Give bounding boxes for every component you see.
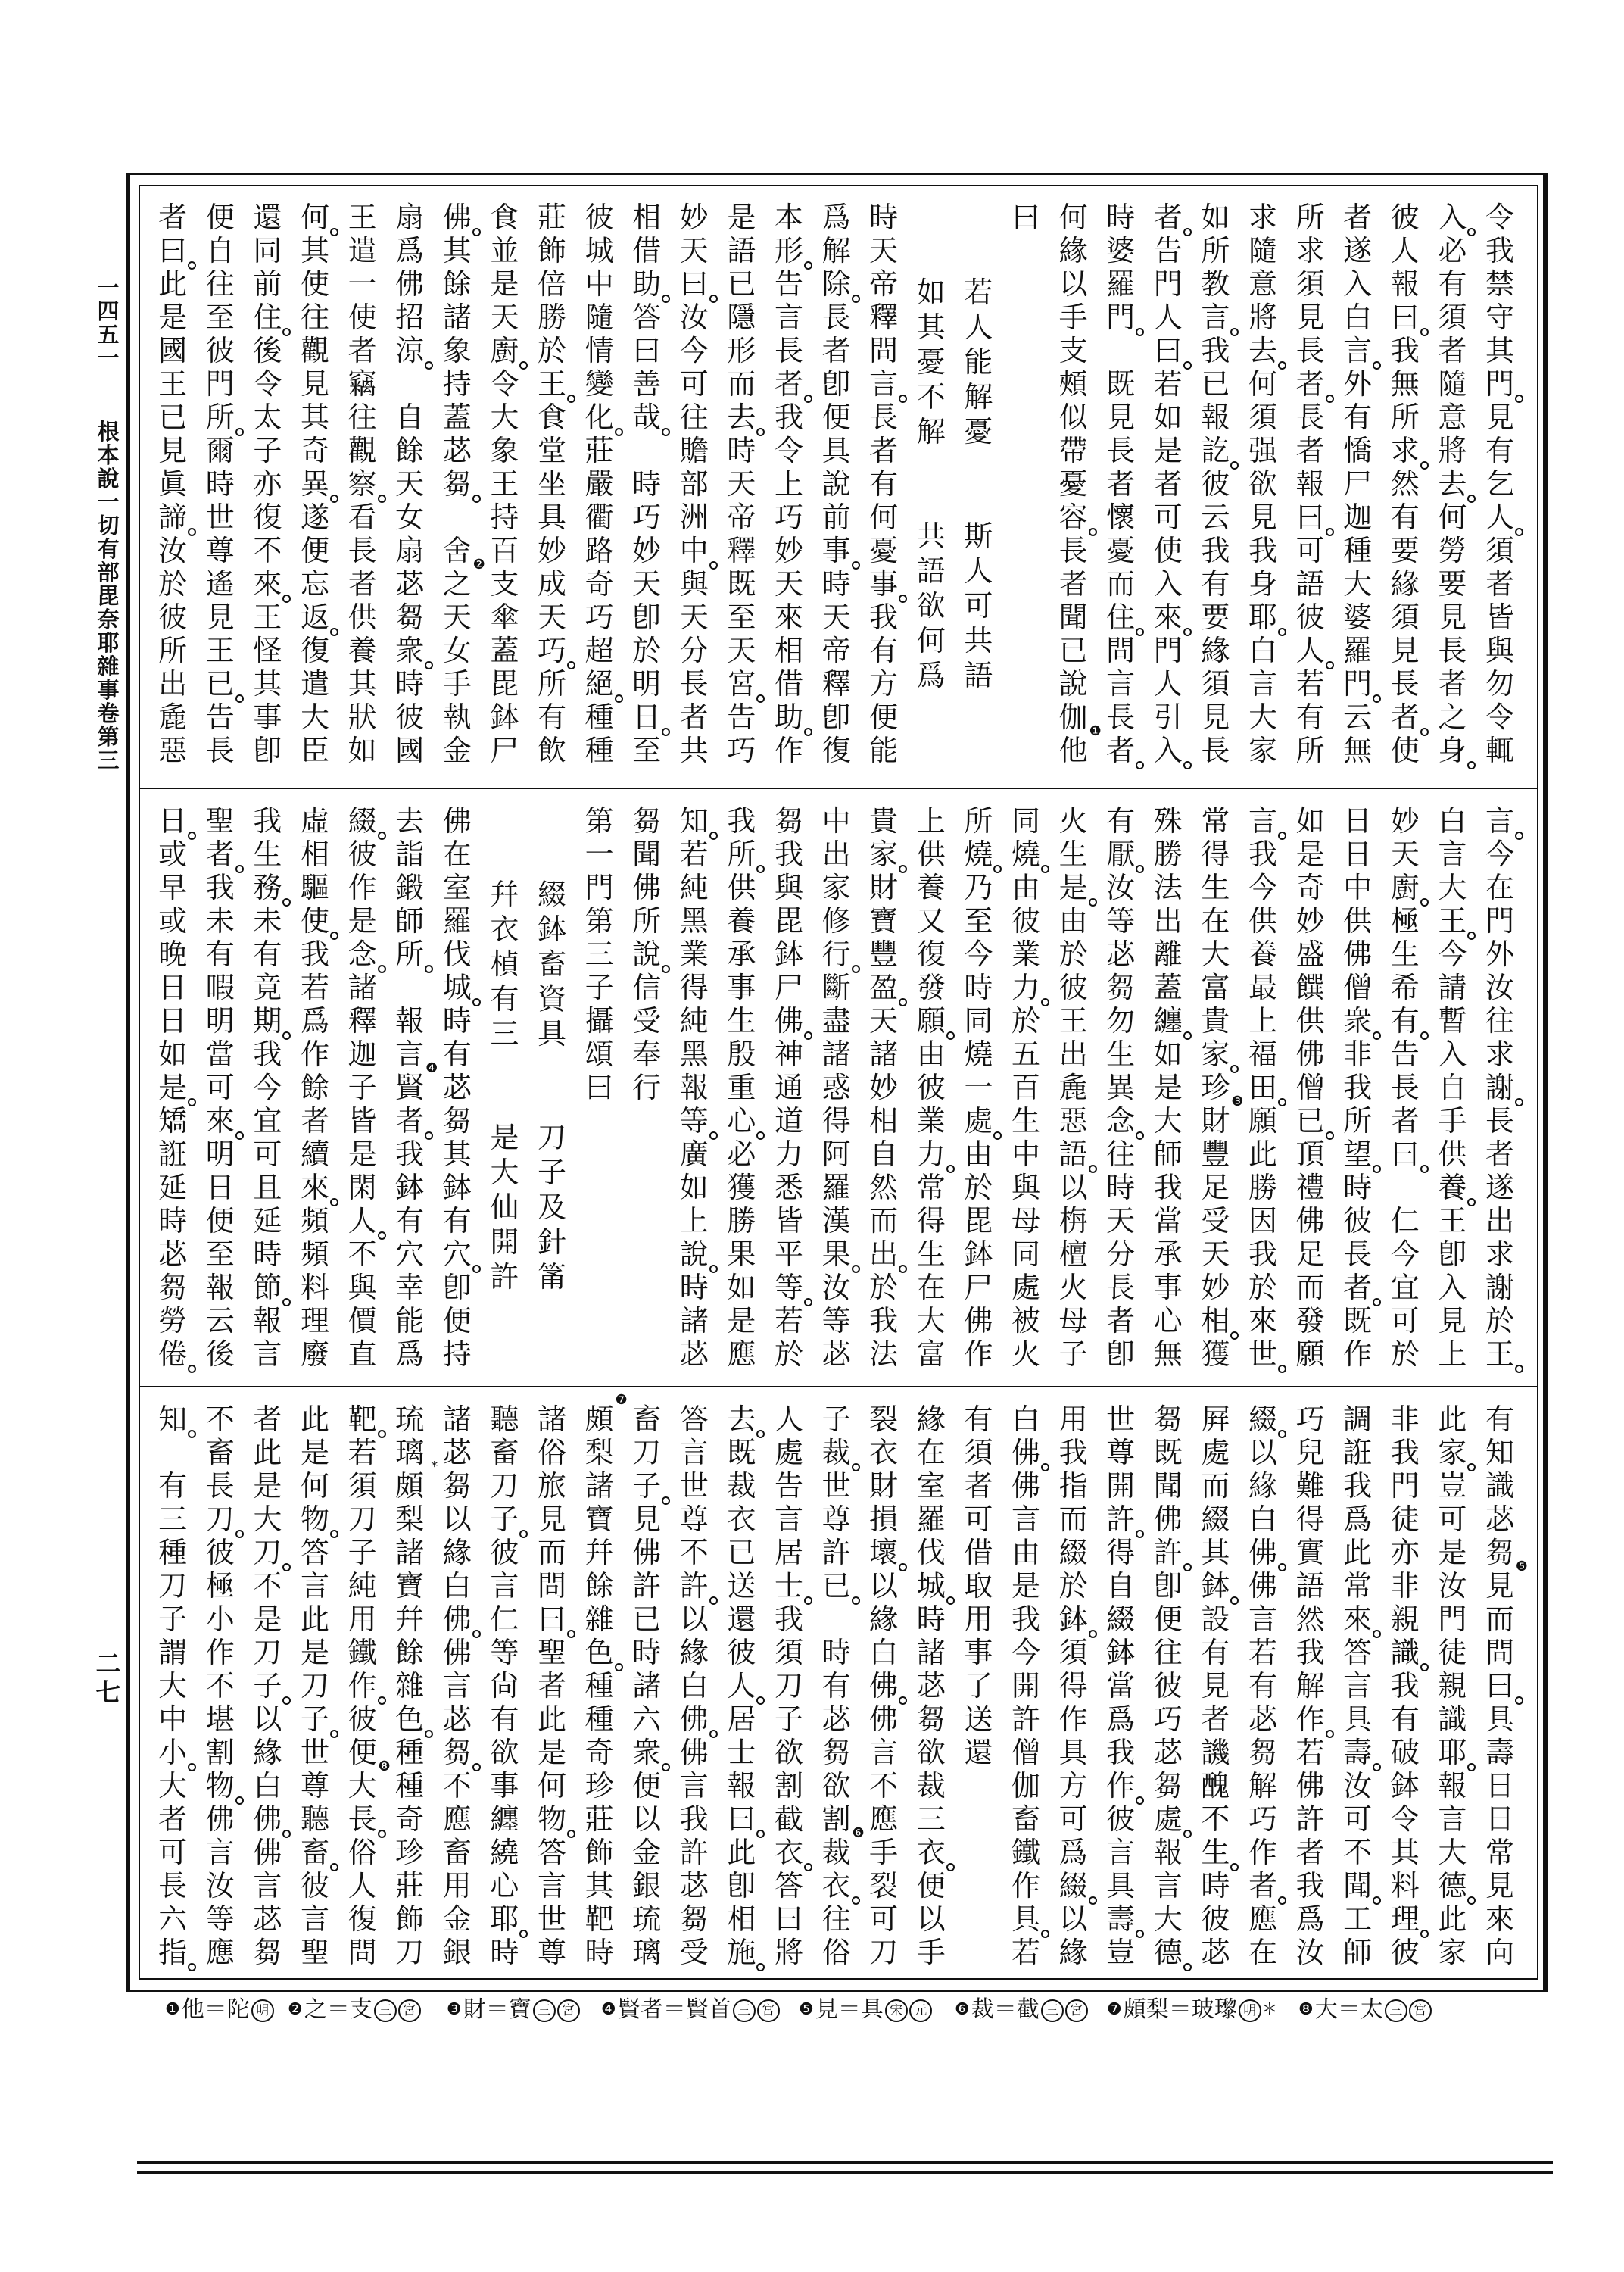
character: 繞 (488, 1836, 521, 1869)
character: 通 (772, 1071, 806, 1104)
character: 報 (393, 1004, 426, 1038)
character: 門 (1104, 301, 1137, 334)
character: 欲 (1246, 467, 1280, 501)
character: 言 (298, 1569, 332, 1603)
character: 長 (1389, 1071, 1422, 1104)
character: 徒 (1389, 1503, 1422, 1536)
character: 所 (1199, 234, 1232, 267)
character: 汝 (1435, 1569, 1469, 1603)
character: 我 (1294, 1869, 1327, 1902)
character: 長 (678, 667, 711, 701)
character: 遙 (204, 567, 237, 601)
character: 由 (915, 1038, 948, 1071)
character: 送 (725, 1569, 758, 1603)
character: 寶 (393, 1569, 426, 1603)
character: 若 (1294, 1736, 1327, 1769)
character: 我 (1057, 1436, 1090, 1469)
character: 在 (1199, 904, 1232, 938)
footnote-text: 頗梨＝玻瓈 (1124, 1996, 1237, 2023)
text-column: 用我指而綴於鉢須得作具方可爲綴以緣 (1057, 1403, 1090, 1969)
character: 彼 (1057, 971, 1090, 1004)
footnote: ❻裁＝截三宮 (955, 1996, 1088, 2024)
character: 時 (630, 1636, 663, 1669)
character: 苾 (441, 1436, 474, 1469)
text-column: 火生是由於彼王出麁惡語以栴檀火母子 (1057, 804, 1090, 1371)
character: 嚴 (583, 467, 616, 501)
character: 問 (346, 1936, 379, 1969)
character: 者 (867, 434, 900, 467)
character: 求 (1246, 201, 1280, 234)
character: 事 (820, 534, 853, 567)
character: 彼 (1009, 904, 1043, 938)
character: 彼 (1152, 1669, 1185, 1702)
character: 有 (1389, 1702, 1422, 1736)
character: 日 (630, 701, 663, 734)
character: 將 (772, 1936, 806, 1969)
character: 長 (1104, 434, 1137, 467)
character: 所 (393, 938, 426, 971)
character: 苾 (1104, 938, 1137, 971)
character: 觀 (298, 334, 332, 367)
character: 相 (772, 634, 806, 667)
character: 緣 (251, 1736, 284, 1769)
character: 事 (488, 1769, 521, 1802)
character: 識 (1389, 1636, 1422, 1669)
character: 相 (867, 1104, 900, 1138)
character: 時 (1341, 1171, 1374, 1204)
text-column: 彼人報曰我無所求然有要緣須見長者使 (1389, 201, 1422, 767)
character: 是 (251, 1603, 284, 1636)
character: 琉 (393, 1403, 426, 1436)
character: 苾 (1246, 1702, 1280, 1736)
character: 語 (725, 234, 758, 267)
character: 返 (298, 601, 332, 634)
character: 手 (441, 667, 474, 701)
character: 共 (678, 734, 711, 767)
character: 金 (441, 1902, 474, 1936)
character: 有 (1199, 567, 1232, 601)
character: 子 (820, 1403, 853, 1436)
character: 指 (156, 1936, 189, 1969)
character: 彼 (156, 601, 189, 634)
character: 欲 (488, 1736, 521, 1769)
character: 天 (867, 1004, 900, 1038)
character: 無 (1152, 1337, 1185, 1371)
character: 往 (1104, 1138, 1137, 1171)
edition-source-badge: 宮 (557, 1999, 580, 2022)
character: 明 (204, 1138, 237, 1171)
character: 業 (915, 1104, 948, 1138)
character: 可 (251, 1138, 284, 1171)
character: 求 (1483, 1038, 1516, 1071)
character: 聞 (1341, 1869, 1374, 1902)
character: 若 (1009, 1936, 1043, 1969)
character: 可 (1435, 1503, 1469, 1536)
character: 人 (1483, 501, 1516, 534)
character: 送 (962, 1702, 995, 1736)
character: 佛 (1152, 1503, 1185, 1536)
character: 當 (204, 1038, 237, 1071)
text-column: 言今在門外汝往求謝長者遂出求謝於王 (1483, 804, 1516, 1371)
text-column: 爲解除長者卽便具說前事時天帝釋卽復 (820, 201, 853, 767)
character: 親 (1389, 1603, 1422, 1636)
character: 復 (298, 634, 332, 667)
character: 者 (1294, 434, 1327, 467)
character: 財 (867, 1469, 900, 1503)
character: 可 (867, 1902, 900, 1936)
character: 須 (1435, 301, 1469, 334)
character: 入 (1435, 1271, 1469, 1304)
character: 勿 (1104, 1004, 1137, 1038)
character: 長 (204, 1469, 237, 1503)
character: 要 (1199, 601, 1232, 634)
character: 貴 (1199, 1004, 1232, 1038)
character: 長 (204, 734, 237, 767)
character: 巧 (630, 501, 663, 534)
character: 蓋 (488, 634, 521, 667)
character: 日 (1341, 804, 1374, 838)
character: 離 (1152, 938, 1185, 971)
character: 僧 (1294, 1071, 1327, 1104)
character: 日 (156, 1004, 189, 1038)
character: 盛 (1294, 938, 1327, 971)
character: 答 (678, 1403, 711, 1436)
character: 妙 (772, 534, 806, 567)
character: 子 (630, 1469, 663, 1503)
character: 麁 (1057, 1071, 1090, 1104)
character: 復 (251, 501, 284, 534)
character: 可 (1341, 1802, 1374, 1836)
character: 事 (725, 971, 758, 1004)
character: 裂 (867, 1403, 900, 1436)
character: 日 (1483, 1802, 1516, 1836)
character: 生 (1389, 938, 1422, 971)
character: 借 (962, 1536, 995, 1569)
character: 入 (1152, 734, 1185, 767)
character: 汝 (204, 1869, 237, 1902)
text-column: 曰 (1009, 201, 1043, 234)
character: 國 (393, 734, 426, 767)
character: 非 (1341, 1038, 1374, 1071)
character: 釋 (346, 1004, 379, 1038)
character: 手 (1057, 301, 1090, 334)
character: 人 (725, 1669, 758, 1702)
text-column: 彼城中隨情變化莊嚴衢路奇巧超絕種種 (583, 201, 616, 767)
character: 受 (678, 1936, 711, 1969)
character: 者 (204, 838, 237, 871)
character: 見 (1483, 401, 1516, 434)
section-heading-column: 第一門第三子攝頌曰 (583, 804, 616, 1104)
character: 言 (441, 1669, 474, 1702)
character: 共 (962, 623, 995, 658)
character: 厭 (1104, 838, 1137, 871)
character: 僧 (1341, 971, 1374, 1004)
character: 共 (915, 519, 948, 554)
character: 生 (725, 1004, 758, 1038)
character: 見 (1104, 401, 1137, 434)
character: 壽 (1341, 1736, 1374, 1769)
character: 說 (820, 467, 853, 501)
character: 有 (867, 467, 900, 501)
character: 福 (1246, 1038, 1280, 1071)
character: 芻 (915, 1702, 948, 1736)
character: 扇 (393, 201, 426, 234)
character: 去 (1246, 334, 1280, 367)
character: 諸 (441, 301, 474, 334)
character: 彼 (1341, 1204, 1374, 1237)
character: 佛 (1009, 1436, 1043, 1469)
character: 者 (1389, 701, 1422, 734)
character: 於 (772, 1337, 806, 1371)
character: 識 (1435, 1702, 1469, 1736)
character: 作 (204, 1636, 237, 1669)
footnote-reference-marker: ❸ (1231, 1095, 1243, 1109)
character: 然 (1294, 1603, 1327, 1636)
character: 俗 (820, 1936, 853, 1969)
footnote-reference-marker: * (431, 1460, 438, 1474)
character: 識 (1483, 1469, 1516, 1503)
character: 綴 (535, 877, 569, 912)
character: 是 (298, 1636, 332, 1669)
character: 道 (772, 1104, 806, 1138)
character: 者 (298, 1104, 332, 1138)
character: 餘 (393, 434, 426, 467)
character: 若 (772, 1304, 806, 1337)
character: 壽 (1483, 1736, 1516, 1769)
character: 佛 (962, 1304, 995, 1337)
text-column: 頗❼梨諸寶幷餘雜色種種奇珍莊飾其靶時 (583, 1403, 616, 1969)
character: 使 (1152, 534, 1185, 567)
character: 芻 (630, 804, 663, 838)
character: 必 (725, 1138, 758, 1171)
character: 居 (725, 1702, 758, 1736)
character: 諸 (346, 971, 379, 1004)
character: 佛 (441, 804, 474, 838)
character: 羅 (915, 1503, 948, 1536)
character: 而 (535, 1536, 569, 1569)
character: 隨 (1435, 367, 1469, 401)
character: 願 (1294, 1337, 1327, 1371)
character: 卽 (441, 1271, 474, 1304)
character: 可 (156, 1836, 189, 1869)
footnote: ❶他＝陀明 (165, 1996, 274, 2024)
punctuation-mark (188, 1963, 196, 1971)
character: 情 (583, 334, 616, 367)
character: 刀 (772, 1669, 806, 1702)
character: 須 (1246, 401, 1280, 434)
character: 鐵 (346, 1636, 379, 1669)
character: 苾 (1199, 1936, 1232, 1969)
character: 支 (488, 567, 521, 601)
character: 佛 (441, 201, 474, 234)
character: 大 (915, 1304, 948, 1337)
character: 室 (915, 1469, 948, 1503)
character: 知 (678, 804, 711, 838)
character: 者 (1294, 1836, 1327, 1869)
character: 佛 (630, 1536, 663, 1569)
character: 珍 (583, 1769, 616, 1802)
character: 憂 (1104, 534, 1137, 567)
character: 倦 (156, 1337, 189, 1371)
character: 曰 (583, 1071, 616, 1104)
character: 卽 (1104, 1337, 1137, 1371)
character: 銀 (630, 1869, 663, 1902)
character: 芻 (1104, 971, 1137, 1004)
footnote-text: 之＝支 (304, 1996, 372, 2023)
character: 中 (583, 267, 616, 301)
character: 應 (1246, 1902, 1280, 1936)
character: 我 (1294, 1636, 1327, 1669)
character: 佛 (630, 871, 663, 904)
character: 價 (346, 1304, 379, 1337)
character: 於 (867, 1271, 900, 1304)
character: 刀 (488, 1469, 521, 1503)
edition-source-badge: 元 (909, 1999, 932, 2022)
character: 果 (725, 1237, 758, 1271)
footnote: ❽大＝太三宮 (1298, 1996, 1432, 2024)
character: 聖 (535, 1636, 569, 1669)
text-column: 所燒乃至今時同燒一處由於毘鉢尸佛作 (962, 804, 995, 1371)
character: 足 (1294, 1237, 1327, 1271)
edition-source-badge: 三 (733, 1999, 756, 2022)
character: 助 (772, 701, 806, 734)
character: 飾 (583, 1836, 616, 1869)
character: 理 (298, 1304, 332, 1337)
character: 且 (251, 1171, 284, 1204)
character: 妙 (1294, 904, 1327, 938)
character: 衢 (583, 501, 616, 534)
character: 曰 (1294, 501, 1327, 534)
character: 勿 (1483, 667, 1516, 701)
character: 便 (346, 1736, 379, 1769)
text-column: 如所教言我已報訖彼云我有要緣須見長 (1199, 201, 1232, 767)
text-column: 者此是大刀不是刀子以緣白佛佛言苾芻 (251, 1403, 284, 1969)
character: 用 (962, 1603, 995, 1636)
character: 曰 (1389, 1138, 1422, 1171)
character: 要 (1435, 567, 1469, 601)
character: 巧 (772, 501, 806, 534)
character: 上 (678, 1204, 711, 1237)
character: 勝 (725, 1204, 758, 1237)
character: 同 (1009, 804, 1043, 838)
character: 須 (1294, 267, 1327, 301)
character: 告 (1389, 1038, 1422, 1071)
character: 重 (725, 1071, 758, 1104)
character: 是 (346, 904, 379, 938)
character: 苾 (441, 1702, 474, 1736)
character: 來 (251, 567, 284, 601)
character: 被 (1009, 1304, 1043, 1337)
character: 頂 (1294, 1138, 1327, 1171)
character: 芻 (1483, 1536, 1516, 1569)
character: 莊 (583, 434, 616, 467)
character: 彼 (1104, 1802, 1137, 1836)
character: 苾 (820, 1337, 853, 1371)
character: 天 (1104, 1204, 1137, 1237)
character: 天 (725, 634, 758, 667)
character: 是 (1435, 1536, 1469, 1569)
character: 念 (346, 938, 379, 971)
character: 是 (1009, 1569, 1043, 1603)
character: 供 (1435, 1138, 1469, 1171)
character: 王 (346, 201, 379, 234)
character: 門 (1341, 667, 1374, 701)
character: 語 (1294, 1569, 1327, 1603)
character: 問 (1483, 1636, 1516, 1669)
character: 贍 (678, 434, 711, 467)
character: 大 (488, 401, 521, 434)
character: 佛 (251, 1836, 284, 1869)
character: 我 (1389, 1436, 1422, 1469)
character: 見 (1483, 1869, 1516, 1902)
character: 盈 (867, 971, 900, 1004)
text-column: 畜刀子見佛許已時諸六衆便以金銀琉璃 (630, 1403, 663, 1969)
character: 者 (1341, 201, 1374, 234)
character: 於 (1483, 1304, 1516, 1337)
character: 種 (583, 1669, 616, 1702)
character: 望 (1341, 1138, 1374, 1171)
character: 以 (630, 1802, 663, 1836)
character: 常 (915, 1171, 948, 1204)
character: 巧 (535, 634, 569, 667)
character: 世 (678, 1469, 711, 1503)
character: 莊 (583, 1802, 616, 1836)
character: 須 (346, 1469, 379, 1503)
character: 是 (1294, 838, 1327, 871)
character: 裁 (820, 1436, 853, 1469)
character: 時 (962, 971, 995, 1004)
character: 言 (1199, 301, 1232, 334)
character: 怪 (251, 634, 284, 667)
character: 報 (251, 1304, 284, 1337)
text-column: 此家豈可是汝門徒親識耶報言大德此家 (1435, 1403, 1469, 1969)
character: 答 (772, 1869, 806, 1902)
character: 天 (725, 467, 758, 501)
character: 還 (725, 1603, 758, 1636)
text-column: 子裁世尊許已時有苾芻欲割裁❻衣往俗 (820, 1403, 853, 1969)
character: 彼 (725, 1636, 758, 1669)
character: 白 (1246, 1503, 1280, 1536)
character: 緣 (678, 1636, 711, 1669)
character: 佛 (251, 1802, 284, 1836)
character: 餘 (583, 1569, 616, 1603)
character: 廣 (678, 1138, 711, 1171)
character: 令 (251, 367, 284, 401)
character (1104, 334, 1137, 367)
character: 難 (1294, 1469, 1327, 1503)
character: 有 (441, 1204, 474, 1237)
character: 便 (630, 1769, 663, 1802)
character: 者 (1483, 567, 1516, 601)
character: 爾 (204, 434, 237, 467)
character: 請 (1435, 971, 1469, 1004)
character: 曰 (1152, 334, 1185, 367)
character: 第 (583, 904, 616, 938)
character: 尊 (1104, 1436, 1137, 1469)
character: 不 (441, 1769, 474, 1802)
band-divider (140, 1386, 1537, 1387)
character: 有 (1294, 701, 1327, 734)
character: 言 (488, 1569, 521, 1603)
text-column: 白佛佛言由是我今開許僧伽畜鐵作具若 (1009, 1403, 1043, 1969)
character: 是 (1152, 434, 1185, 467)
character: 人 (1152, 667, 1185, 701)
character: 除 (820, 267, 853, 301)
character: 遂 (298, 501, 332, 534)
character: 而 (867, 1204, 900, 1237)
character: 諸 (867, 1038, 900, 1071)
character: 燒 (962, 1038, 995, 1071)
